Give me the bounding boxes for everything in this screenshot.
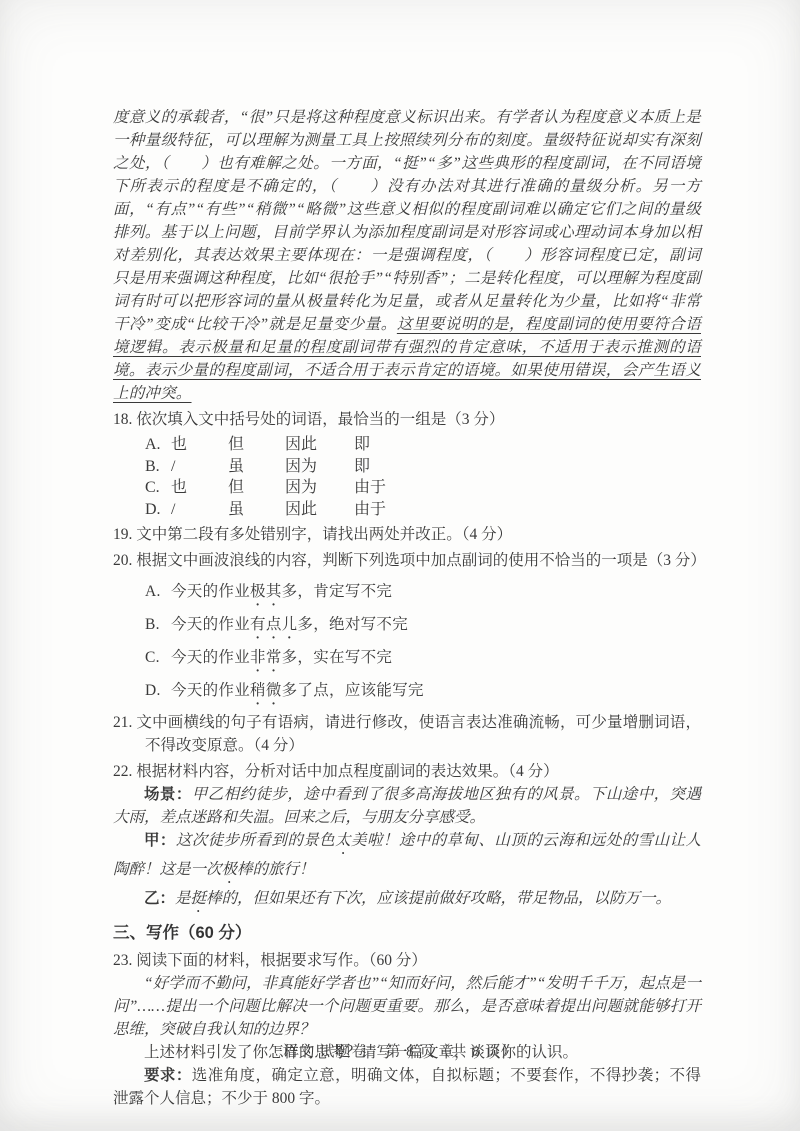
scene-label: 场景： xyxy=(144,786,192,803)
emphasized-adverb: 极 xyxy=(222,861,238,878)
option-row-d: D.今天的作业稍微多了点，应该能写完 xyxy=(145,675,701,708)
section-3-writing-title: 三、写作（60 分） xyxy=(113,920,701,946)
text-segment: 今天的作业 xyxy=(171,616,250,633)
speaker-yi-paragraph: 乙：是挺棒的，但如果还有下次，应该提前做好攻略，带足物品，以防万一。 xyxy=(113,887,701,916)
option-row-a: A.也但因此即 xyxy=(145,434,701,456)
question-20-stem: 20. 根据文中画波浪线的内容，判断下列选项中加点副词的使用不恰当的一项是（3 … xyxy=(113,549,701,572)
requirements-label: 要求： xyxy=(144,1067,192,1084)
option-word: 也 xyxy=(171,434,228,456)
option-label: B. xyxy=(145,609,171,640)
option-label: A. xyxy=(145,434,171,456)
text-segment: 今天的作业 xyxy=(171,649,250,666)
scene-text: 甲乙相约徒步，途中看到了很多高海拔地区独有的风景。下山途中，突遇大雨，差点迷路和… xyxy=(113,786,701,826)
speaker-yi-text: 是挺棒的，但如果还有下次，应该提前做好攻略，带足物品，以防万一。 xyxy=(175,890,671,907)
option-word: 即 xyxy=(354,458,370,475)
reading-passage: 度意义的承载者，“很”只是将这种程度意义标识出来。有学者认为程度意义本质上是一种… xyxy=(113,106,701,405)
emphasized-adverb: 稍微 xyxy=(250,682,282,699)
speaker-jia-label: 甲： xyxy=(144,832,176,849)
question-18: 18. 依次填入文中括号处的词语，最恰当的一组是（3 分） A.也但因此即 B.… xyxy=(113,408,701,520)
option-text: 今天的作业稍微多了点，应该能写完 xyxy=(171,682,424,699)
emphasized-adverb: 极其 xyxy=(250,583,282,600)
text-segment: 多，实在写不完 xyxy=(282,649,393,666)
text-segment: 这次徒步所看到的景色 xyxy=(176,832,335,849)
option-label: A. xyxy=(145,576,171,607)
exam-paper-page: 度意义的承载者，“很”只是将这种程度意义标识出来。有学者认为程度意义本质上是一种… xyxy=(0,0,800,1131)
question-20-options: A.今天的作业极其多，肯定写不完 B.今天的作业有点儿多，绝对写不完 C.今天的… xyxy=(145,576,701,708)
page-footer: 语文 试题卷第 8 页（共 8 页） xyxy=(0,1040,800,1061)
option-word: 因为 xyxy=(285,456,354,478)
exam-content-column: 度意义的承载者，“很”只是将这种程度意义标识出来。有学者认为程度意义本质上是一种… xyxy=(113,106,701,1110)
speaker-jia-paragraph: 甲：这次徒步所看到的景色太美啦！途中的草甸、山顶的云海和远处的雪山让人陶醉！这是… xyxy=(113,829,701,887)
option-label: D. xyxy=(145,675,171,706)
option-row-a: A.今天的作业极其多，肯定写不完 xyxy=(145,576,701,609)
text-segment: 多了点，应该能写完 xyxy=(282,682,424,699)
text-segment: 多，绝对写不完 xyxy=(297,616,408,633)
option-word: 也 xyxy=(171,477,228,499)
option-text: 今天的作业极其多，肯定写不完 xyxy=(171,583,392,600)
option-label: B. xyxy=(145,456,171,478)
question-18-options: A.也但因此即 B./虽因为即 C.也但因为由于 D./虽因此由于 xyxy=(145,434,701,520)
option-word: / xyxy=(171,499,228,521)
writing-material: “好学而不勤问，非真能好学者也”“知而好问，然后能才”“发明千千万，起点是一问”… xyxy=(113,972,701,1041)
option-row-c: C.也但因为由于 xyxy=(145,477,701,499)
speaker-jia-text: 这次徒步所看到的景色太美啦！途中的草甸、山顶的云海和远处的雪山让人陶醉！这是一次… xyxy=(113,832,701,878)
option-label: C. xyxy=(145,477,171,499)
option-word: 由于 xyxy=(354,479,386,496)
option-word: 即 xyxy=(354,436,370,453)
question-18-stem: 18. 依次填入文中括号处的词语，最恰当的一组是（3 分） xyxy=(113,408,701,431)
question-19-stem: 19. 文中第二段有多处错别字，请找出两处并改正。（4 分） xyxy=(113,523,701,546)
footer-subject: 语文 试题卷 xyxy=(283,1044,368,1060)
text-segment: 多，肯定写不完 xyxy=(282,583,393,600)
text-segment: 今天的作业 xyxy=(171,583,250,600)
option-word: 因此 xyxy=(285,499,354,521)
question-22-stem: 22. 根据材料内容，分析对话中加点程度副词的表达效果。（4 分） xyxy=(113,760,701,783)
text-segment: 棒的旅行！ xyxy=(237,861,315,878)
emphasized-adverb: 挺 xyxy=(191,890,207,907)
option-text: 今天的作业非常多，实在写不完 xyxy=(171,649,392,666)
emphasized-adverb: 太 xyxy=(335,832,351,849)
option-label: D. xyxy=(145,499,171,521)
option-word: 由于 xyxy=(354,501,386,518)
option-word: 因为 xyxy=(285,477,354,499)
question-23: 23. 阅读下面的材料，根据要求写作。（60 分） “好学而不勤问，非真能好学者… xyxy=(113,949,701,1110)
option-word: 但 xyxy=(228,434,285,456)
option-row-c: C.今天的作业非常多，实在写不完 xyxy=(145,642,701,675)
option-word: / xyxy=(171,456,228,478)
emphasized-adverb: 有点儿 xyxy=(250,616,297,633)
option-row-b: B.今天的作业有点儿多，绝对写不完 xyxy=(145,609,701,642)
writing-requirements: 要求：选准角度，确定立意，明确文体，自拟标题；不要套作，不得抄袭；不得泄露个人信… xyxy=(113,1064,701,1110)
option-row-b: B./虽因为即 xyxy=(145,456,701,478)
question-22: 22. 根据材料内容，分析对话中加点程度副词的表达效果。（4 分） 场景：甲乙相… xyxy=(113,760,701,916)
text-segment: 今天的作业 xyxy=(171,682,250,699)
option-row-d: D./虽因此由于 xyxy=(145,499,701,521)
speaker-yi-label: 乙： xyxy=(144,890,175,907)
question-23-stem: 23. 阅读下面的材料，根据要求写作。（60 分） xyxy=(113,949,701,972)
question-20: 20. 根据文中画波浪线的内容，判断下列选项中加点副词的使用不恰当的一项是（3 … xyxy=(113,549,701,708)
text-segment: 度意义的承载者，“很”只是将这种程度意义标识出来。有学者认为程度意义本质上是一种… xyxy=(113,109,701,333)
option-word: 但 xyxy=(228,477,285,499)
text-segment: 棒的，但如果还有下次，应该提前做好攻略，带足物品，以防万一。 xyxy=(206,890,671,907)
footer-page-number: 第 8 页（共 8 页） xyxy=(385,1044,517,1060)
requirements-text: 选准角度，确定立意，明确文体，自拟标题；不要套作，不得抄袭；不得泄露个人信息；不… xyxy=(113,1067,701,1107)
text-segment: 是 xyxy=(175,890,191,907)
emphasized-adverb: 非常 xyxy=(250,649,282,666)
option-text: 今天的作业有点儿多，绝对写不完 xyxy=(171,616,408,633)
question-21-stem: 21. 文中画横线的句子有语病，请进行修改，使语言表达准确流畅，可少量增删词语，… xyxy=(113,711,701,757)
option-label: C. xyxy=(145,642,171,673)
option-word: 因此 xyxy=(285,434,354,456)
option-word: 虽 xyxy=(228,456,285,478)
option-word: 虽 xyxy=(228,499,285,521)
scene-paragraph: 场景：甲乙相约徒步，途中看到了很多高海拔地区独有的风景。下山途中，突遇大雨，差点… xyxy=(113,783,701,829)
